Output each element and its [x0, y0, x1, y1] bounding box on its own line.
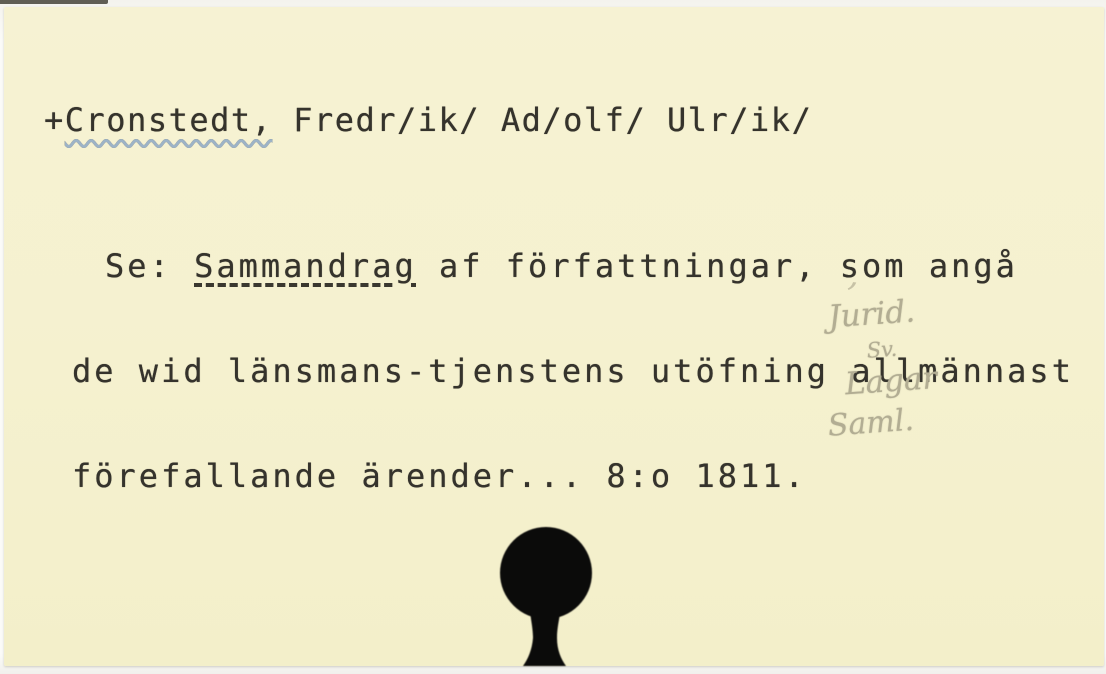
reference-line-1-rest: af författningar, som angå	[417, 247, 1018, 285]
heading-line: +Cronstedt, Fredr/ik/ Ad/olf/ Ulr/ik/	[44, 101, 812, 139]
annotation-line-sv: Sv.	[866, 336, 936, 362]
reference-line-3: förefallande ärender... 8:o 1811.	[72, 459, 1074, 494]
heading-forenames: Fredr/ik/ Ad/olf/ Ulr/ik/	[272, 101, 812, 139]
catalog-card: +Cronstedt, Fredr/ik/ Ad/olf/ Ulr/ik/ Se…	[4, 7, 1104, 666]
heading-surname: Cronstedt,	[65, 101, 273, 139]
scan-edge-smudge	[0, 0, 108, 4]
pencil-annotation: Jurid. Sv. Lagar Saml.	[817, 295, 941, 442]
reference-line-1: Se: Sammandrag af författningar, som ang…	[72, 249, 1074, 284]
annotation-line-jurid: Jurid.	[827, 295, 933, 333]
scanned-card-image: +Cronstedt, Fredr/ik/ Ad/olf/ Ulr/ik/ Se…	[0, 0, 1106, 674]
heading-plus-sign: +	[44, 101, 65, 139]
see-label: Se:	[105, 247, 194, 285]
annotation-line-lagar: Lagar	[844, 363, 938, 400]
work-title: Sammandrag	[194, 247, 417, 285]
